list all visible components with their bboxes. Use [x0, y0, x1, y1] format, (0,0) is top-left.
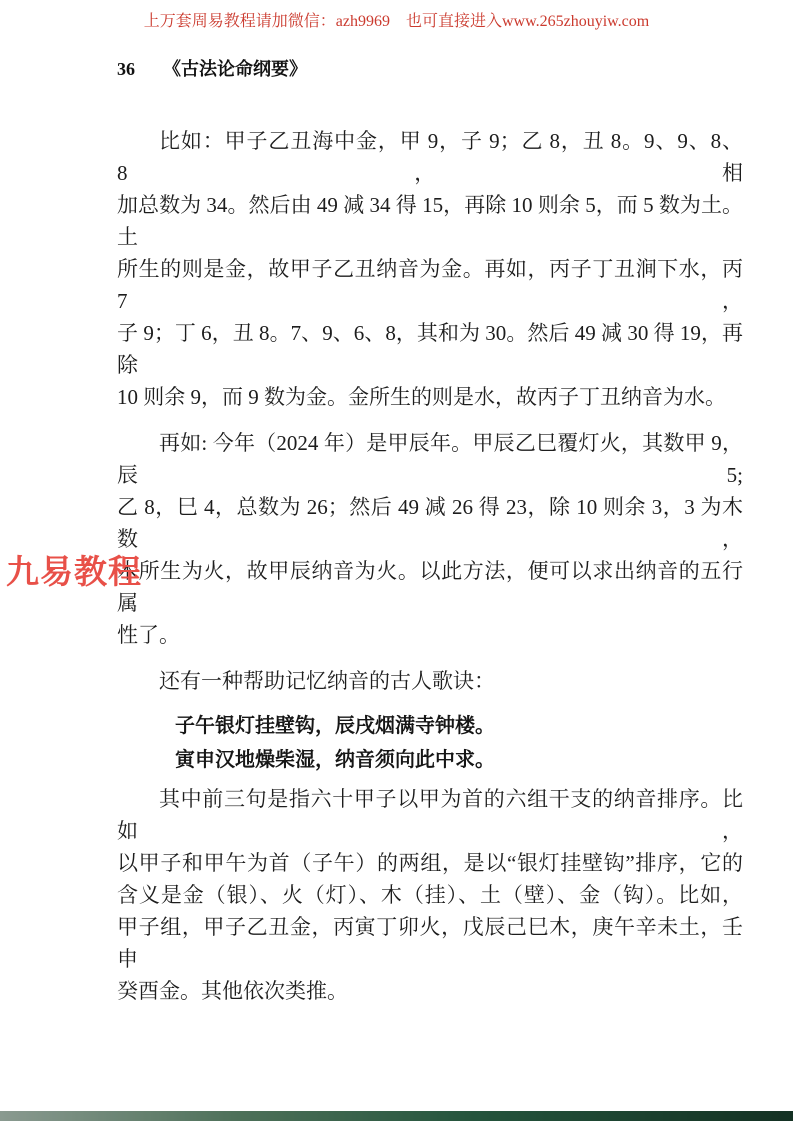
body-line: 其中前三句是指六十甲子以甲为首的六组干支的纳音排序。比如， [117, 783, 743, 847]
promo-header-text: 上万套周易教程请加微信：azh9969 也可直接进入www.265zhouyiw… [0, 8, 793, 31]
body-line: 所生的则是金，故甲子乙丑纳音为金。再如，丙子丁丑涧下水，丙 7， [117, 253, 743, 317]
verse-line: 寅申汉地燥柴湿，纳音须向此中求。 [175, 743, 743, 777]
paragraph: 比如：甲子乙丑海中金，甲 9，子 9；乙 8，丑 8。9、9、8、8，相 加总数… [117, 125, 743, 413]
body-line: 乙 8，巳 4，总数为 26；然后 49 减 26 得 23，除 10 则余 3… [117, 491, 743, 555]
body-text-block: 比如：甲子乙丑海中金，甲 9，子 9；乙 8，丑 8。9、9、8、8，相 加总数… [117, 125, 743, 1021]
body-line: 加总数为 34。然后由 49 减 34 得 15，再除 10 则余 5，而 5 … [117, 189, 743, 253]
body-line: 还有一种帮助记忆纳音的古人歌诀： [117, 665, 743, 697]
body-line: 比如：甲子乙丑海中金，甲 9，子 9；乙 8，丑 8。9、9、8、8，相 [117, 125, 743, 189]
red-watermark-text: 九易教程 [6, 546, 142, 593]
body-line: 甲子组，甲子乙丑金，丙寅丁卯火，戊辰己巳木，庚午辛未土，壬申 [117, 911, 743, 975]
body-line: 性了。 [117, 619, 743, 651]
scanned-book-page: 上万套周易教程请加微信：azh9969 也可直接进入www.265zhouyiw… [0, 0, 793, 1121]
mnemonic-verse: 子午银灯挂壁钩，辰戌烟满寺钟楼。 寅申汉地燥柴湿，纳音须向此中求。 [117, 709, 743, 777]
paragraph: 再如: 今年（2024 年）是甲辰年。甲辰乙巳覆灯火，其数甲 9，辰 5; 乙 … [117, 427, 743, 651]
verse-line: 子午银灯挂壁钩，辰戌烟满寺钟楼。 [175, 709, 743, 743]
body-line: 含义是金（银）、火（灯）、木（挂）、土（壁）、金（钩）。比如， [117, 879, 743, 911]
body-line: 10 则余 9，而 9 数为金。金所生的则是水，故丙子丁丑纳音为水。 [117, 381, 743, 413]
book-title: 《古法论命纲要》 [163, 55, 307, 81]
body-line: 木所生为火，故甲辰纳音为火。以此方法，便可以求出纳音的五行属 [117, 555, 743, 619]
paragraph: 其中前三句是指六十甲子以甲为首的六组干支的纳音排序。比如， 以甲子和甲午为首（子… [117, 783, 743, 1007]
body-line: 癸酉金。其他依次类推。 [117, 975, 743, 1007]
page-header: 36 《古法论命纲要》 [117, 55, 307, 81]
bottom-edge-scan-artifact [0, 1111, 793, 1121]
body-line: 子 9；丁 6，丑 8。7、9、6、8，其和为 30。然后 49 减 30 得 … [117, 317, 743, 381]
paragraph: 还有一种帮助记忆纳音的古人歌诀： [117, 665, 743, 697]
body-line: 以甲子和甲午为首（子午）的两组，是以“银灯挂壁钩”排序，它的 [117, 847, 743, 879]
page-number: 36 [117, 59, 135, 80]
body-line: 再如: 今年（2024 年）是甲辰年。甲辰乙巳覆灯火，其数甲 9，辰 5; [117, 427, 743, 491]
